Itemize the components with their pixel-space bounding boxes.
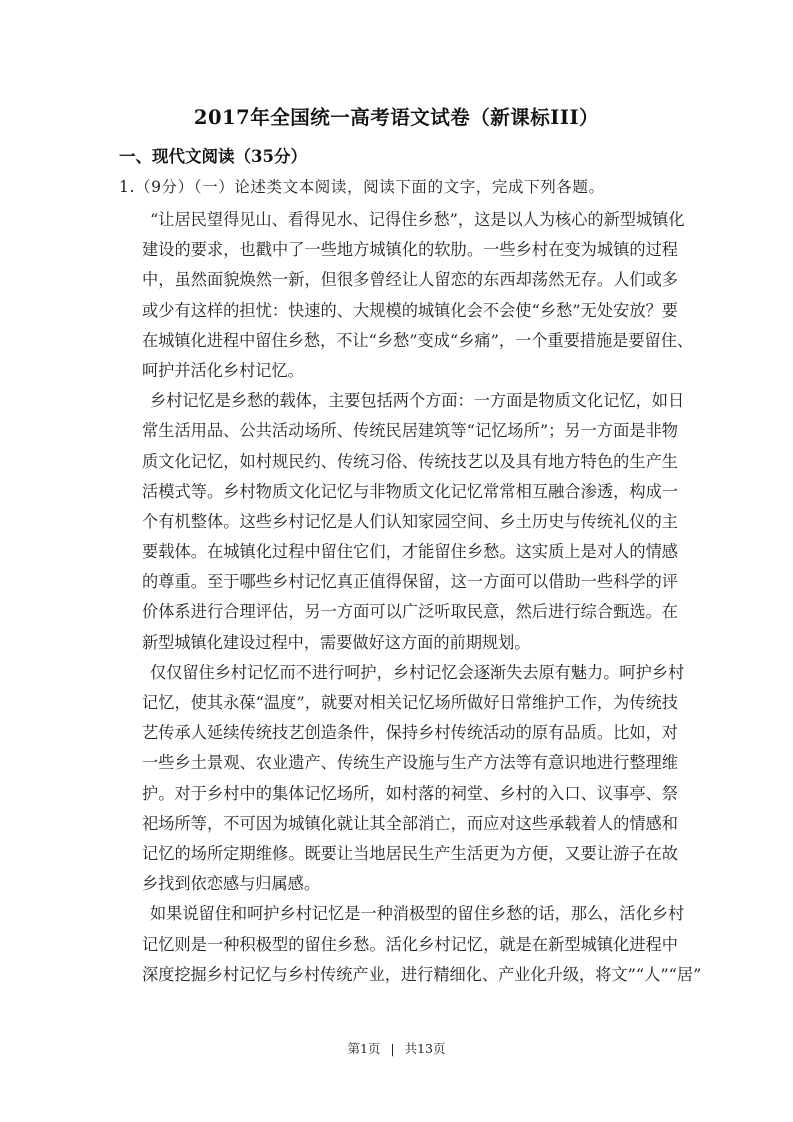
page-footer: 第1页 | 共13页 (0, 1039, 793, 1057)
question-prompt: 1.（9分）（一）论述类文本阅读，阅读下面的文字，完成下列各题。 (119, 175, 605, 197)
passage-line: 建设的要求，也戳中了一些地方城镇化的软肋。一些乡村在变为城镇的过程 (142, 235, 678, 265)
passage-line: 乡村记忆是乡愁的载体，主要包括两个方面：一方面是物质文化记忆，如日 (142, 386, 678, 416)
passage-line: 一些乡土景观、农业遗产、传统生产设施与生产方法等有意识地进行整理维 (142, 748, 678, 778)
page-number: 第1页 (347, 1041, 380, 1056)
passage-line: 新型城镇化建设过程中，需要做好这方面的前期规划。 (142, 628, 678, 658)
passage-line: 护。对于乡村中的集体记忆场所，如村落的祠堂、乡村的入口、议事亭、祭 (142, 779, 678, 809)
passage-line: 呵护并活化乡村记忆。 (142, 356, 678, 386)
passage-line: 艺传承人延续传统技艺创造条件，保持乡村传统活动的原有品质。比如，对 (142, 718, 678, 748)
passage-line: 个有机整体。这些乡村记忆是人们认知家园空间、乡土历史与传统礼仪的主 (142, 507, 678, 537)
passage-line: 的尊重。至于哪些乡村记忆真正值得保留，这一方面可以借助一些科学的评 (142, 567, 678, 597)
page-total: 共13页 (405, 1041, 446, 1056)
passage-line: 价体系进行合理评估，另一方面可以广泛听取民意，然后进行综合甄选。在 (142, 597, 678, 627)
passage-line: 在城镇化进程中留住乡愁，不让“乡愁”变成“乡痛”，一个重要措施是要留住、 (142, 326, 678, 356)
passage-line: 中，虽然面貌焕然一新，但很多曾经让人留恋的东西却荡然无存。人们或多 (142, 265, 678, 295)
passage-line: 质文化记忆，如村规民约、传统习俗、传统技艺以及具有地方特色的生产生 (142, 447, 678, 477)
passage-line: 记忆则是一种积极型的留住乡愁。活化乡村记忆，就是在新型城镇化进程中 (142, 930, 678, 960)
passage-line: 活模式等。乡村物质文化记忆与非物质文化记忆常常相互融合渗透，构成一 (142, 477, 678, 507)
passage-line: 记忆，使其永葆“温度”，就要对相关记忆场所做好日常维护工作，为传统技 (142, 688, 678, 718)
exam-title: 2017年全国统一高考语文试卷（新课标III） (0, 102, 793, 130)
passage-line: 乡找到依恋感与归属感。 (142, 869, 678, 899)
passage-line: 或少有这样的担忧：快速的、大规模的城镇化会不会使“乡愁”无处安放？要 (142, 296, 678, 326)
passage-line: 记忆的场所定期维修。既要让当地居民生产生活更为方便，又要让游子在故 (142, 839, 678, 869)
passage-line: 常生活用品、公共活动场所、传统民居建筑等“记忆场所”；另一方面是非物 (142, 416, 678, 446)
section-heading: 一、现代文阅读（35分） (119, 143, 307, 167)
passage-line: 仅仅留住乡村记忆而不进行呵护，乡村记忆会逐渐失去原有魅力。呵护乡村 (142, 658, 678, 688)
passage-line: 要载体。在城镇化过程中留住它们，才能留住乡愁。这实质上是对人的情感 (142, 537, 678, 567)
reading-passage: “让居民望得见山、看得见水、记得住乡愁”，这是以人为核心的新型城镇化 建设的要求… (142, 205, 678, 990)
document-page: 2017年全国统一高考语文试卷（新课标III） 一、现代文阅读（35分） 1.（… (0, 0, 793, 1122)
passage-line: 深度挖掘乡村记忆与乡村传统产业，进行精细化、产业化升级，将文”“人”“居” (142, 960, 678, 990)
passage-line: “让居民望得见山、看得见水、记得住乡愁”，这是以人为核心的新型城镇化 (142, 205, 678, 235)
passage-line: 祀场所等，不可因为城镇化就让其全部消亡，而应对这些承载着人的情感和 (142, 809, 678, 839)
footer-separator: | (390, 1041, 394, 1056)
passage-line: 如果说留住和呵护乡村记忆是一种消极型的留住乡愁的话，那么，活化乡村 (142, 899, 678, 929)
